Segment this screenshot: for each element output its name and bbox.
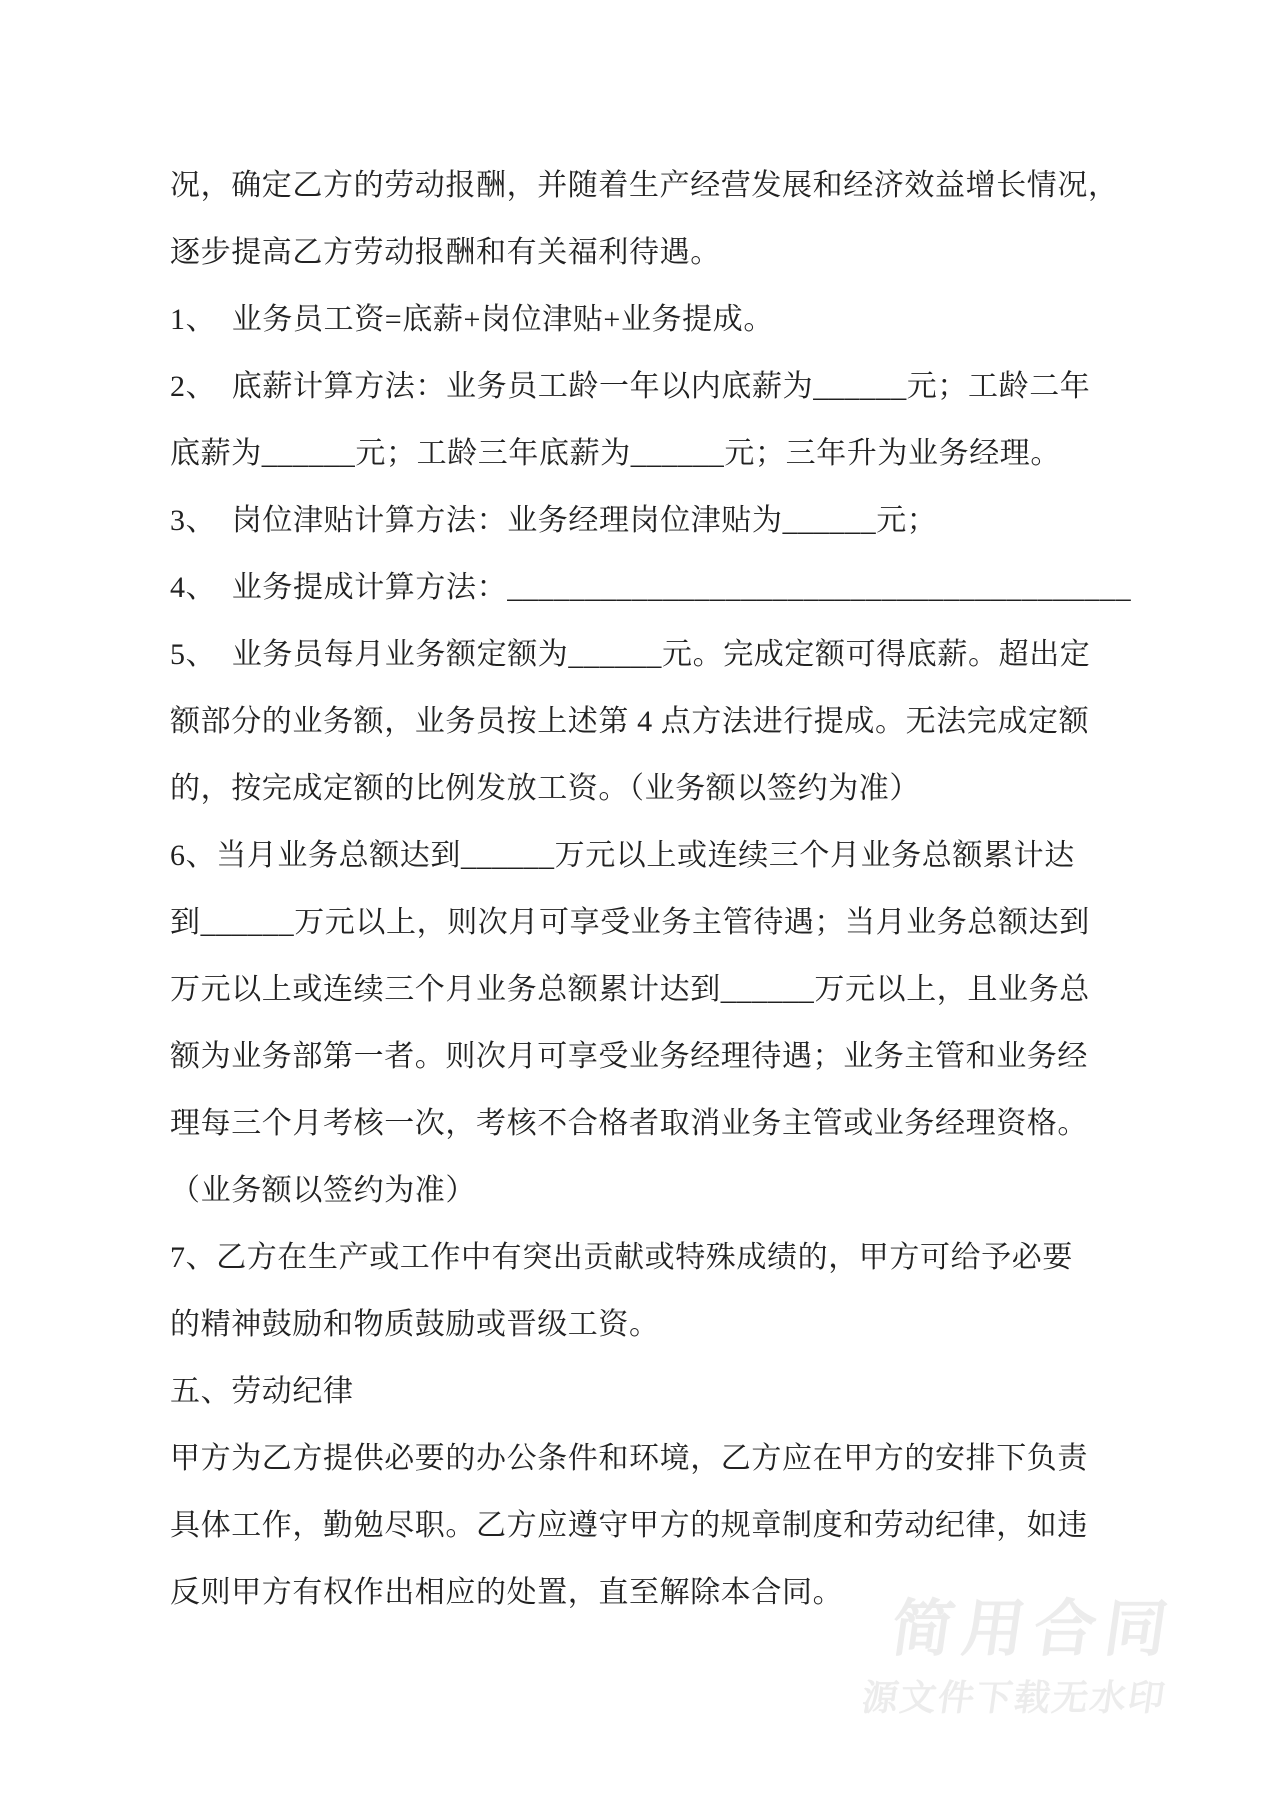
watermark-tagline-text: 源文件下载无水印 [859,1678,1169,1718]
contract-line: 逐步提高乙方劳动报酬和有关福利待遇。 [170,219,1130,286]
watermark: 简用合同 源文件下载无水印 [859,1596,1180,1718]
contract-line-item-3: 3、 岗位津贴计算方法：业务经理岗位津贴为______元； [170,487,1130,554]
contract-line: 万元以上或连续三个月业务总额累计达到______万元以上，且业务总 [170,956,1130,1023]
contract-line: 额部分的业务额，业务员按上述第 4 点方法进行提成。无法完成定额 [170,688,1130,755]
contract-line: 的精神鼓励和物质鼓励或晋级工资。 [170,1291,1130,1358]
contract-line: 具体工作，勤勉尽职。乙方应遵守甲方的规章制度和劳动纪律，如违 [170,1492,1130,1559]
contract-line: （业务额以签约为准） [170,1157,1130,1224]
contract-body-text: 况，确定乙方的劳动报酬，并随着生产经营发展和经济效益增长情况， 逐步提高乙方劳动… [170,152,1130,1626]
contract-section-heading: 五、劳动纪律 [170,1358,1130,1425]
contract-line: 理每三个月考核一次，考核不合格者取消业务主管或业务经理资格。 [170,1090,1130,1157]
contract-line: 底薪为______元；工龄三年底薪为______元；三年升为业务经理。 [170,420,1130,487]
contract-line: 额为业务部第一者。则次月可享受业务经理待遇；业务主管和业务经 [170,1023,1130,1090]
contract-line: 况，确定乙方的劳动报酬，并随着生产经营发展和经济效益增长情况， [170,152,1130,219]
contract-line-item-2: 2、 底薪计算方法：业务员工龄一年以内底薪为______元；工龄二年 [170,353,1130,420]
watermark-brand-text: 简用合同 [867,1596,1181,1664]
contract-line-item-1: 1、 业务员工资=底薪+岗位津贴+业务提成。 [170,286,1130,353]
contract-line: 的，按完成定额的比例发放工资。（业务额以签约为准） [170,755,1130,822]
contract-line-item-7: 7、乙方在生产或工作中有突出贡献或特殊成绩的，甲方可给予必要 [170,1224,1130,1291]
contract-page: 况，确定乙方的劳动报酬，并随着生产经营发展和经济效益增长情况， 逐步提高乙方劳动… [0,0,1280,1810]
contract-line: 甲方为乙方提供必要的办公条件和环境，乙方应在甲方的安排下负责 [170,1425,1130,1492]
contract-line-item-4: 4、 业务提成计算方法：____________________________… [170,554,1130,621]
contract-line-item-5: 5、 业务员每月业务额定额为______元。完成定额可得底薪。超出定 [170,621,1130,688]
contract-line: 到______万元以上，则次月可享受业务主管待遇；当月业务总额达到 [170,889,1130,956]
contract-line-item-6: 6、当月业务总额达到______万元以上或连续三个月业务总额累计达 [170,822,1130,889]
